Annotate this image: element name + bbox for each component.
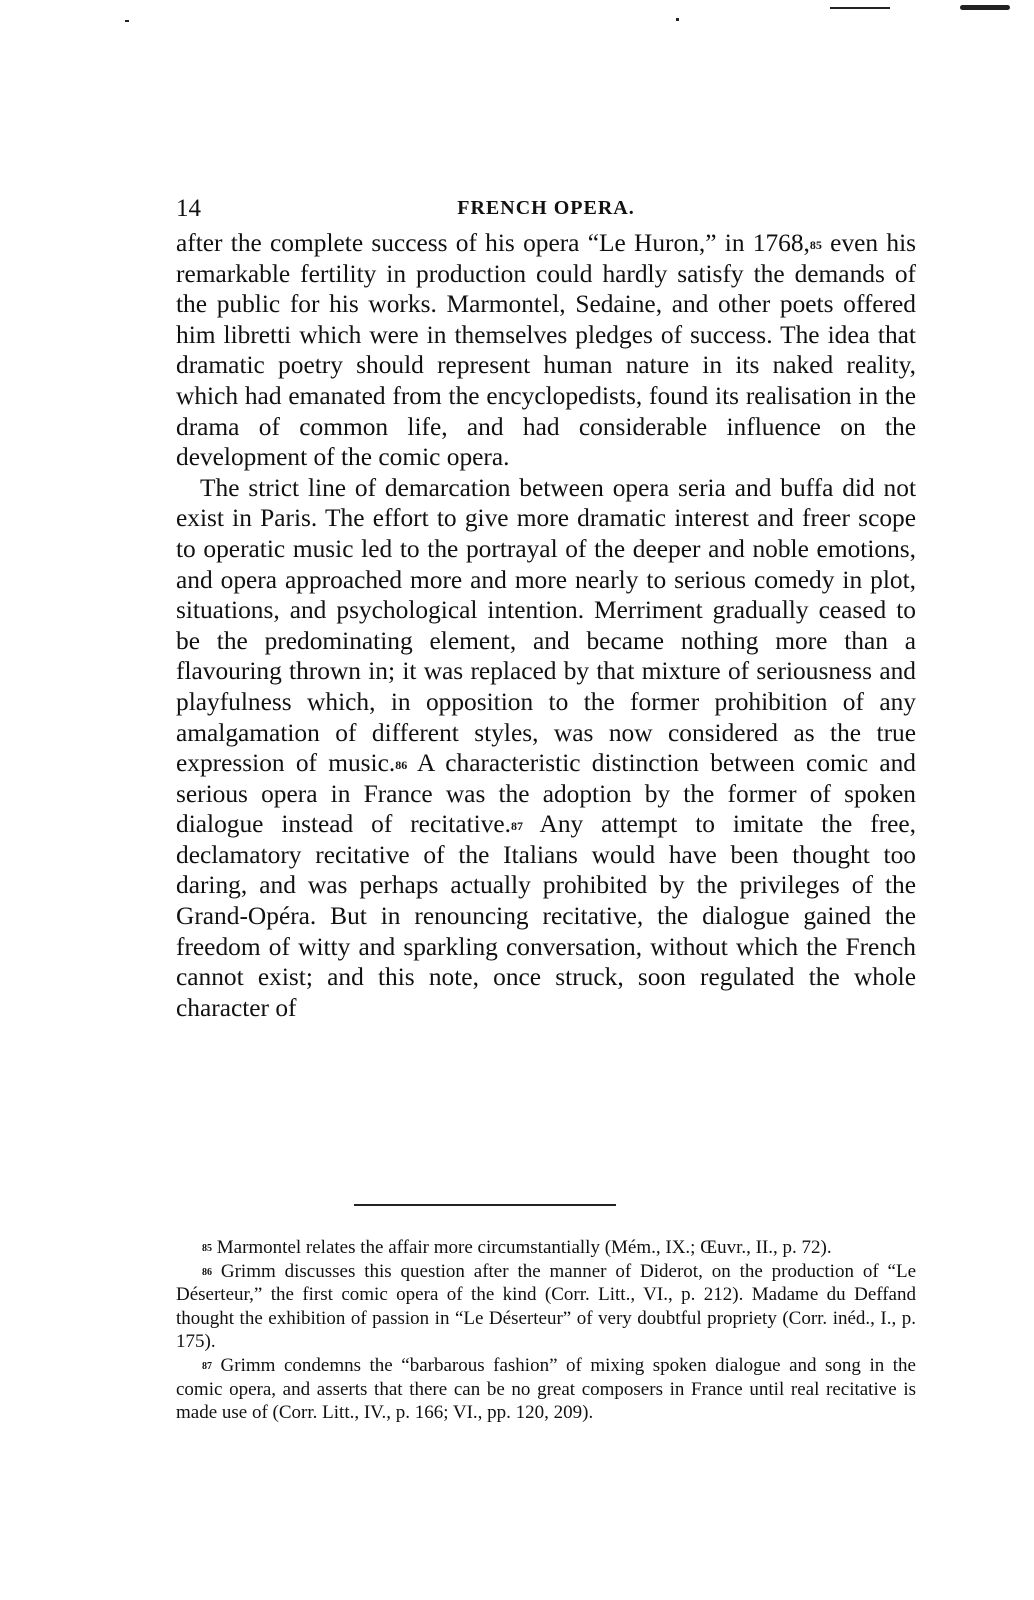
scan-artifact	[125, 20, 129, 22]
footnote-ref-85[interactable]: 85	[810, 238, 822, 252]
scan-artifact	[830, 7, 890, 9]
running-title: FRENCH OPERA.	[176, 197, 916, 220]
running-head: 14 FRENCH OPERA.	[176, 195, 916, 225]
footnotes: 85 Marmontel relates the affair more cir…	[176, 1236, 916, 1425]
scan-artifact	[676, 18, 679, 21]
footnote-marker: 85	[202, 1243, 212, 1254]
scan-artifact	[960, 5, 1010, 10]
footnote-divider	[354, 1204, 616, 1206]
footnote-85: 85 Marmontel relates the affair more cir…	[176, 1236, 916, 1260]
footnote-marker: 86	[202, 1267, 212, 1278]
footnote-86: 86 Grimm discusses this question after t…	[176, 1260, 916, 1354]
body-text: after the complete success of his opera …	[176, 228, 916, 1023]
paragraph-1: after the complete success of his opera …	[176, 228, 916, 473]
paragraph-2: The strict line of demarcation between o…	[176, 473, 916, 1024]
footnote-87: 87 Grimm condemns the “barbarous fashion…	[176, 1354, 916, 1425]
footnote-ref-87[interactable]: 87	[511, 819, 523, 833]
footnote-marker: 87	[202, 1361, 212, 1372]
footnote-ref-86[interactable]: 86	[395, 758, 407, 772]
